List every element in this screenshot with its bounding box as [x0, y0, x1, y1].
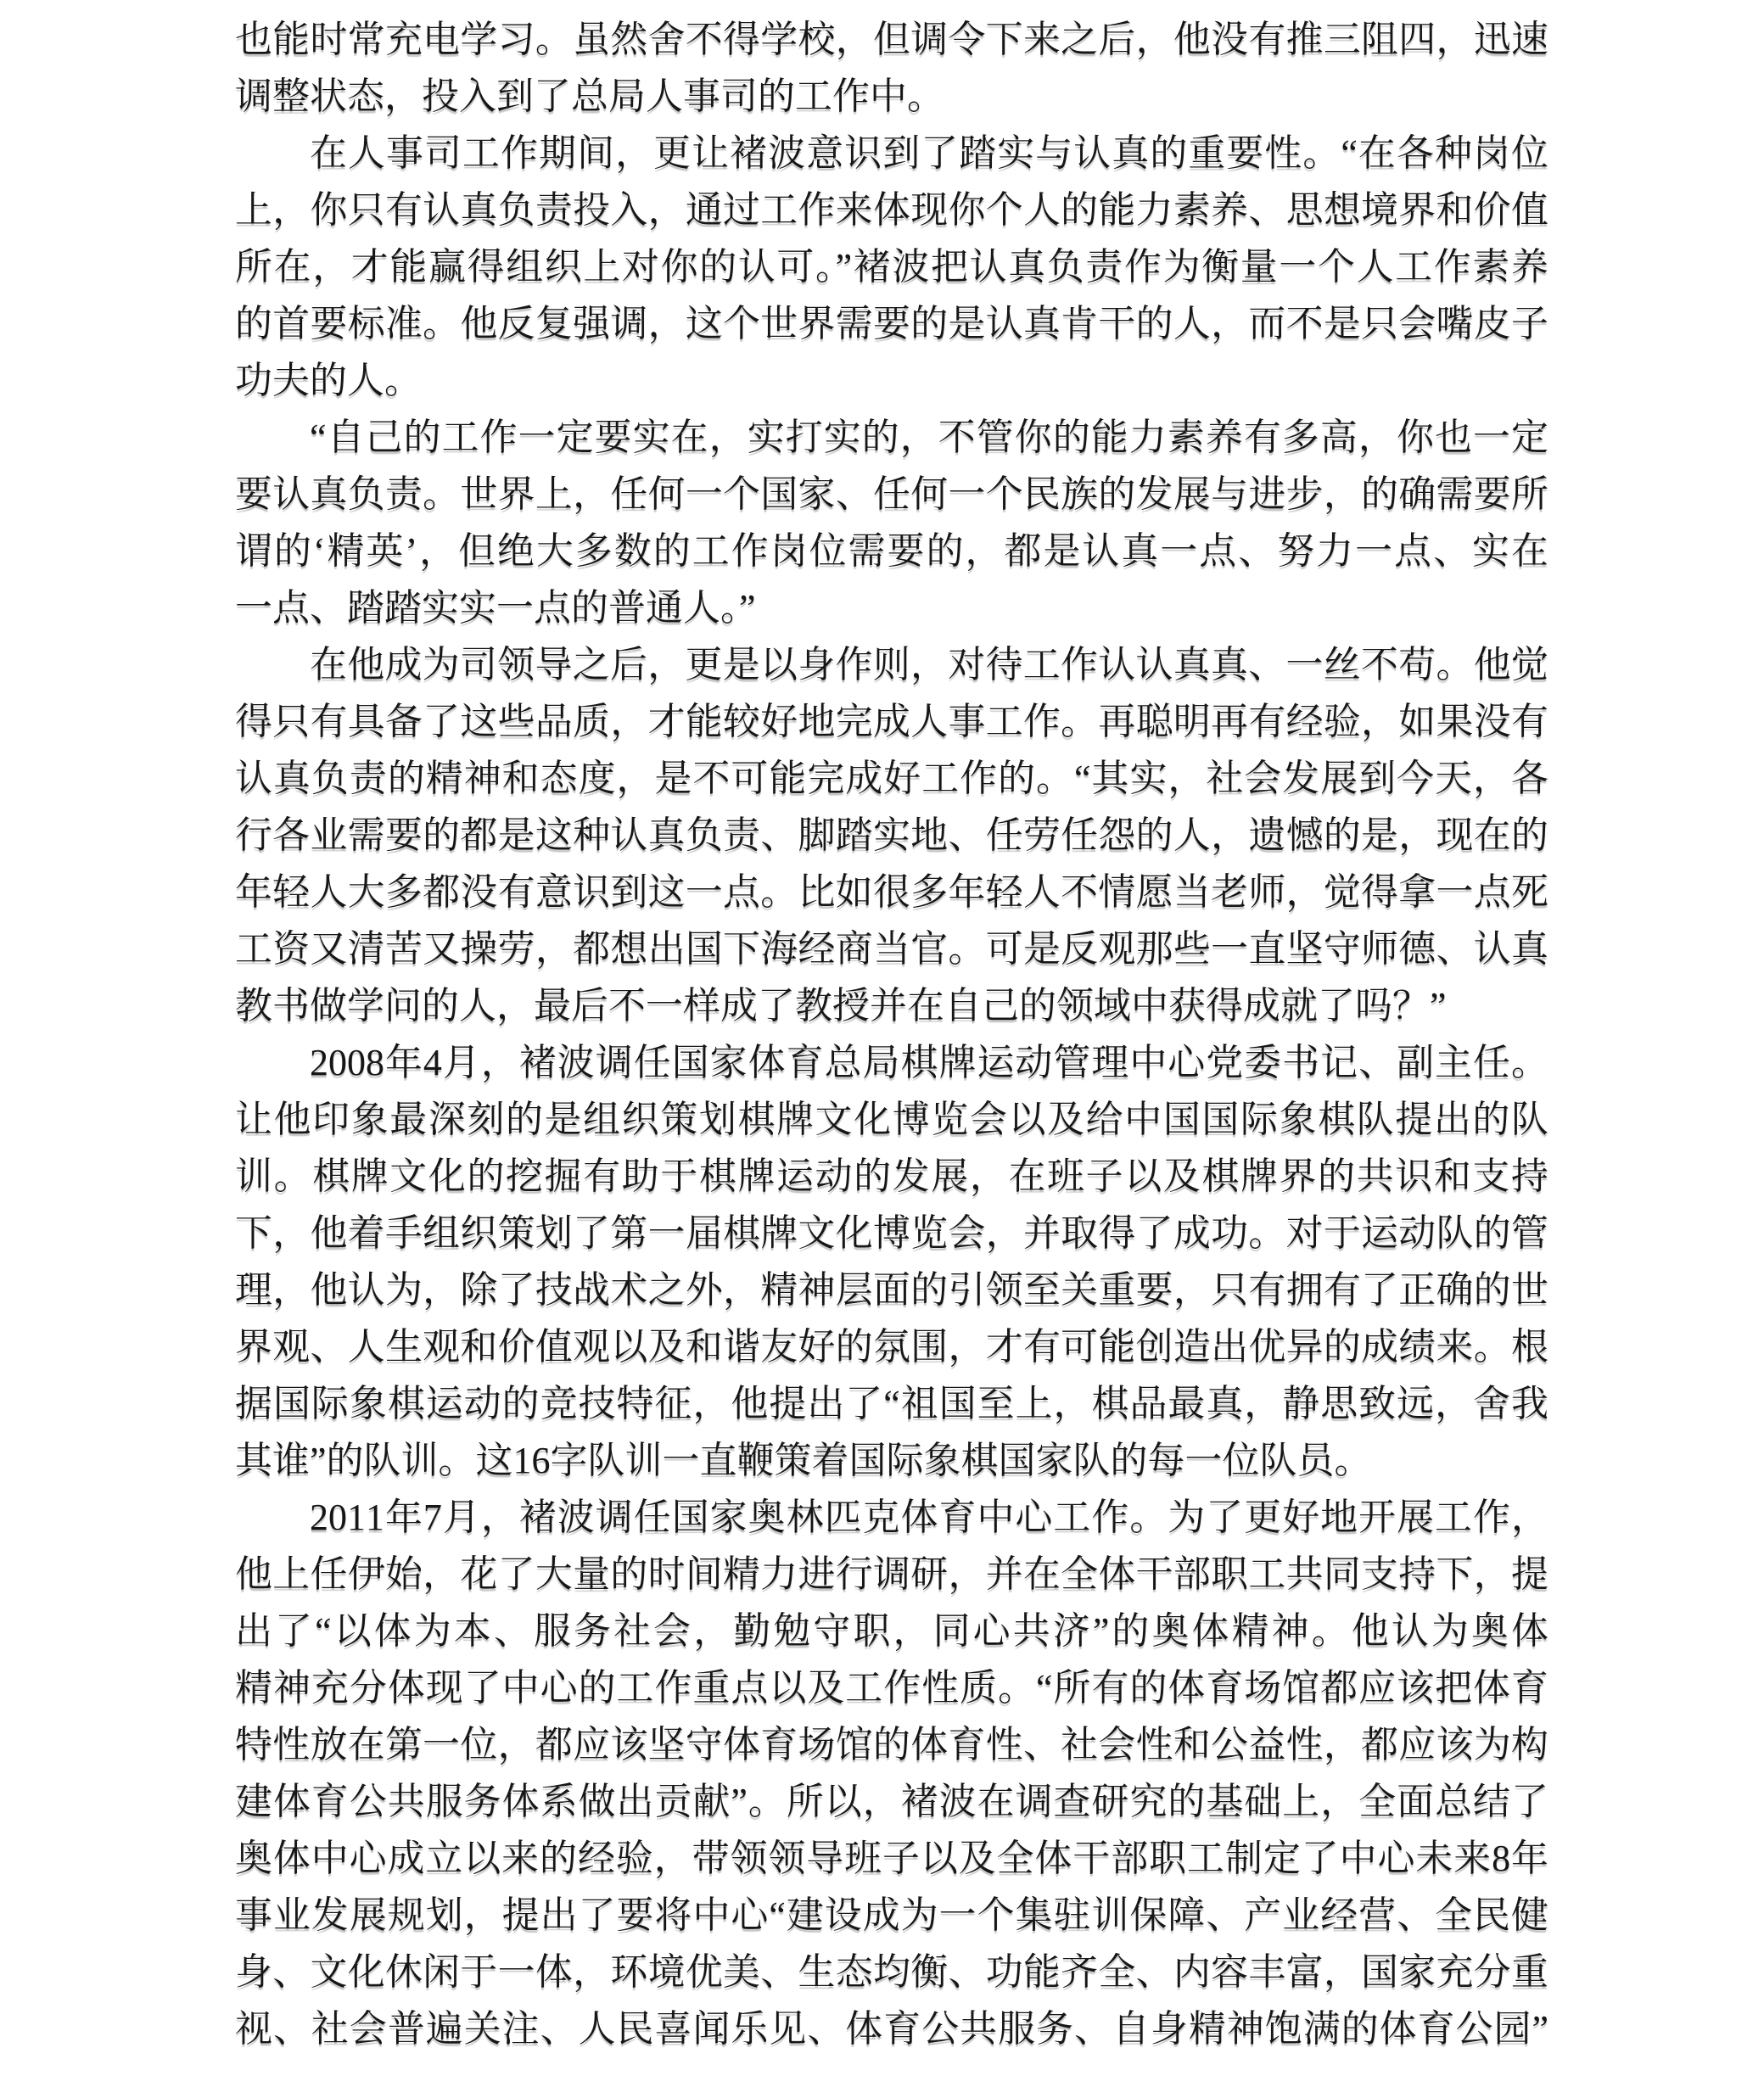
text-line: 出了“以体为本、服务社会，勤勉守职，同心共济”的奥体精神。他认为奥体 — [235, 1603, 1548, 1659]
text-line: 也能时常充电学习。虽然舍不得学校，但调令下来之后，他没有推三阻四，迅速 — [235, 11, 1548, 68]
text-line: 功夫的人。 — [235, 352, 1548, 409]
text-line: 奥体中心成立以来的经验，带领领导班子以及全体干部职工制定了中心未来8年 — [235, 1830, 1548, 1887]
text-line: 理，他认为，除了技战术之外，精神层面的引领至关重要，只有拥有了正确的世 — [235, 1262, 1548, 1318]
text-line: 事业发展规划，提出了要将中心“建设成为一个集驻训保障、产业经营、全民健 — [235, 1887, 1548, 1944]
document-page: 也能时常充电学习。虽然舍不得学校，但调令下来之后，他没有推三阻四，迅速调整状态，… — [0, 0, 1764, 2087]
text-line: 视、社会普遍关注、人民喜闻乐见、体育公共服务、自身精神饱满的体育公园” — [235, 2000, 1548, 2057]
text-line: 他上任伊始，花了大量的时间精力进行调研，并在全体干部职工共同支持下，提 — [235, 1546, 1548, 1603]
text-line: 工资又清苦又操劳，都想出国下海经商当官。可是反观那些一直坚守师德、认真 — [235, 920, 1548, 977]
text-line: 精神充分体现了中心的工作重点以及工作性质。“所有的体育场馆都应该把体育 — [235, 1659, 1548, 1716]
text-line: 2011年7月，褚波调任国家奥林匹克体育中心工作。为了更好地开展工作， — [235, 1489, 1548, 1546]
text-line: 让他印象最深刻的是组织策划棋牌文化博览会以及给中国国际象棋队提出的队 — [235, 1091, 1548, 1148]
text-line: 上，你只有认真负责投入，通过工作来体现你个人的能力素养、思想境界和价值 — [235, 182, 1548, 238]
text-line: 界观、人生观和价值观以及和谐友好的氛围，才有可能创造出优异的成绩来。根 — [235, 1318, 1548, 1375]
text-line: 一点、踏踏实实一点的普通人。” — [235, 579, 1548, 636]
text-line: 2008年4月，褚波调任国家体育总局棋牌运动管理中心党委书记、副主任。 — [235, 1034, 1548, 1091]
text-line: 身、文化休闲于一体，环境优美、生态均衡、功能齐全、内容丰富，国家充分重 — [235, 1944, 1548, 2000]
text-line: 所在，才能赢得组织上对你的认可。”褚波把认真负责作为衡量一个人工作素养 — [235, 238, 1548, 295]
text-line: 认真负责的精神和态度，是不可能完成好工作的。“其实，社会发展到今天，各 — [235, 750, 1548, 807]
text-line: 谓的‘精英’，但绝大多数的工作岗位需要的，都是认真一点、努力一点、实在 — [235, 523, 1548, 579]
text-line: “自己的工作一定要实在，实打实的，不管你的能力素养有多高，你也一定 — [235, 409, 1548, 466]
text-line: 的首要标准。他反复强调，这个世界需要的是认真肯干的人，而不是只会嘴皮子 — [235, 295, 1548, 352]
text-line: 得只有具备了这些品质，才能较好地完成人事工作。再聪明再有经验，如果没有 — [235, 693, 1548, 750]
text-line: 行各业需要的都是这种认真负责、脚踏实地、任劳任怨的人，遗憾的是，现在的 — [235, 807, 1548, 864]
text-line: 其谁”的队训。这16字队训一直鞭策着国际象棋国家队的每一位队员。 — [235, 1432, 1548, 1489]
text-line: 据国际象棋运动的竞技特征，他提出了“祖国至上，棋品最真，静思致远，舍我 — [235, 1375, 1548, 1432]
text-line: 下，他着手组织策划了第一届棋牌文化博览会，并取得了成功。对于运动队的管 — [235, 1205, 1548, 1262]
text-line: 在人事司工作期间，更让褚波意识到了踏实与认真的重要性。“在各种岗位 — [235, 125, 1548, 182]
text-line: 特性放在第一位，都应该坚守体育场馆的体育性、社会性和公益性，都应该为构 — [235, 1716, 1548, 1773]
text-line: 建体育公共服务体系做出贡献”。所以，褚波在调查研究的基础上，全面总结了 — [235, 1773, 1548, 1830]
text-line: 年轻人大多都没有意识到这一点。比如很多年轻人不情愿当老师，觉得拿一点死 — [235, 864, 1548, 920]
text-line: 教书做学问的人，最后不一样成了教授并在自己的领域中获得成就了吗？” — [235, 977, 1548, 1034]
text-block: 也能时常充电学习。虽然舍不得学校，但调令下来之后，他没有推三阻四，迅速调整状态，… — [235, 11, 1548, 2057]
text-line: 在他成为司领导之后，更是以身作则，对待工作认认真真、一丝不苟。他觉 — [235, 636, 1548, 693]
text-line: 要认真负责。世界上，任何一个国家、任何一个民族的发展与进步，的确需要所 — [235, 466, 1548, 523]
text-line: 训。棋牌文化的挖掘有助于棋牌运动的发展，在班子以及棋牌界的共识和支持 — [235, 1148, 1548, 1205]
text-line: 调整状态，投入到了总局人事司的工作中。 — [235, 68, 1548, 125]
